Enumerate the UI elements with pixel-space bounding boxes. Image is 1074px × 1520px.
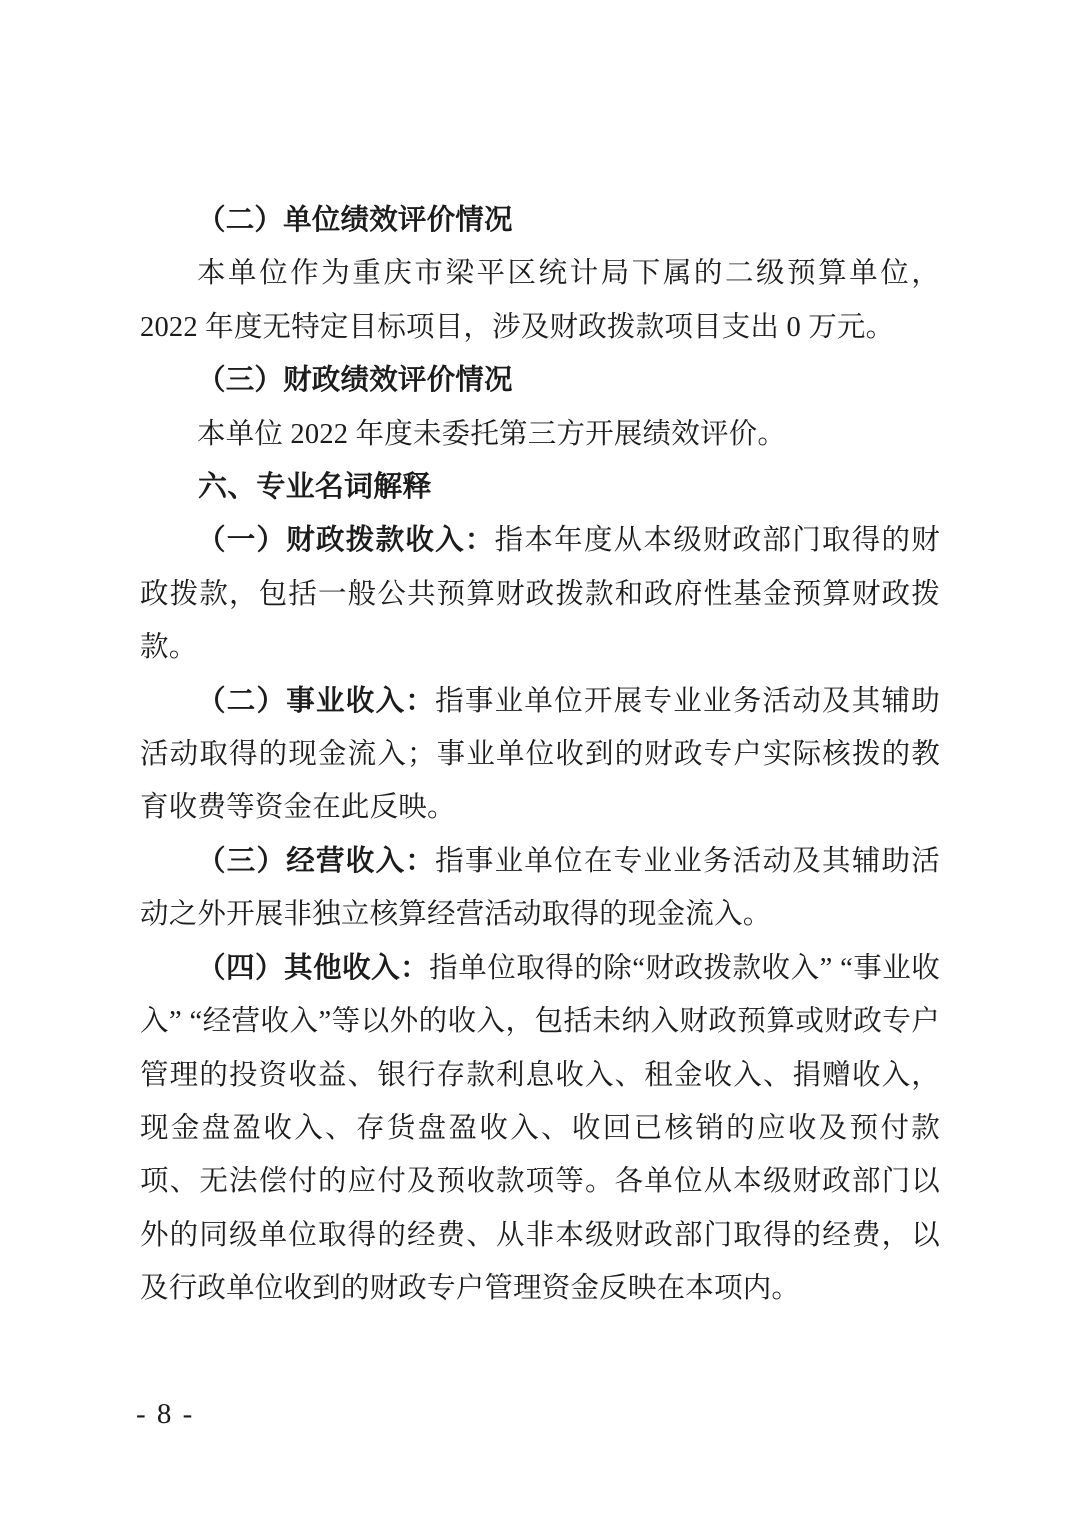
term-definition: 指单位取得的除“财政拨款收入” “事业收入” “经营收入”等以外的收入，包括未纳… xyxy=(140,953,940,1304)
term-paragraph-operating-income: （二）事业收入：指事业单位开展专业业务活动及其辅助活动取得的现金流入；事业单位收… xyxy=(140,675,940,835)
paragraph-fiscal-performance: 本单位 2022 年度未委托第三方开展绩效评价。 xyxy=(140,408,940,461)
term-label: （三）经营收入： xyxy=(197,846,435,877)
section-heading-terminology: 六、专业名词解释 xyxy=(140,461,940,514)
term-paragraph-business-income: （三）经营收入：指事业单位在专业业务活动及其辅助活动之外开展非独立核算经营活动取… xyxy=(140,835,940,942)
document-body: （二）单位绩效评价情况 本单位作为重庆市梁平区统计局下属的二级预算单位，2022… xyxy=(140,194,940,1316)
term-paragraph-other-income: （四）其他收入：指单位取得的除“财政拨款收入” “事业收入” “经营收入”等以外… xyxy=(140,942,940,1316)
term-label: （四）其他收入： xyxy=(197,953,429,984)
section-heading-unit-performance: （二）单位绩效评价情况 xyxy=(140,194,940,247)
document-page: （二）单位绩效评价情况 本单位作为重庆市梁平区统计局下属的二级预算单位，2022… xyxy=(0,0,1074,1520)
page-number: - 8 - xyxy=(136,1398,194,1431)
term-label: （一）财政拨款收入： xyxy=(197,525,495,556)
section-heading-fiscal-performance: （三）财政绩效评价情况 xyxy=(140,354,940,407)
term-paragraph-fiscal-appropriation-income: （一）财政拨款收入：指本年度从本级财政部门取得的财政拨款，包括一般公共预算财政拨… xyxy=(140,514,940,674)
paragraph-unit-performance: 本单位作为重庆市梁平区统计局下属的二级预算单位，2022 年度无特定目标项目，涉… xyxy=(140,247,940,354)
term-label: （二）事业收入： xyxy=(197,686,435,717)
